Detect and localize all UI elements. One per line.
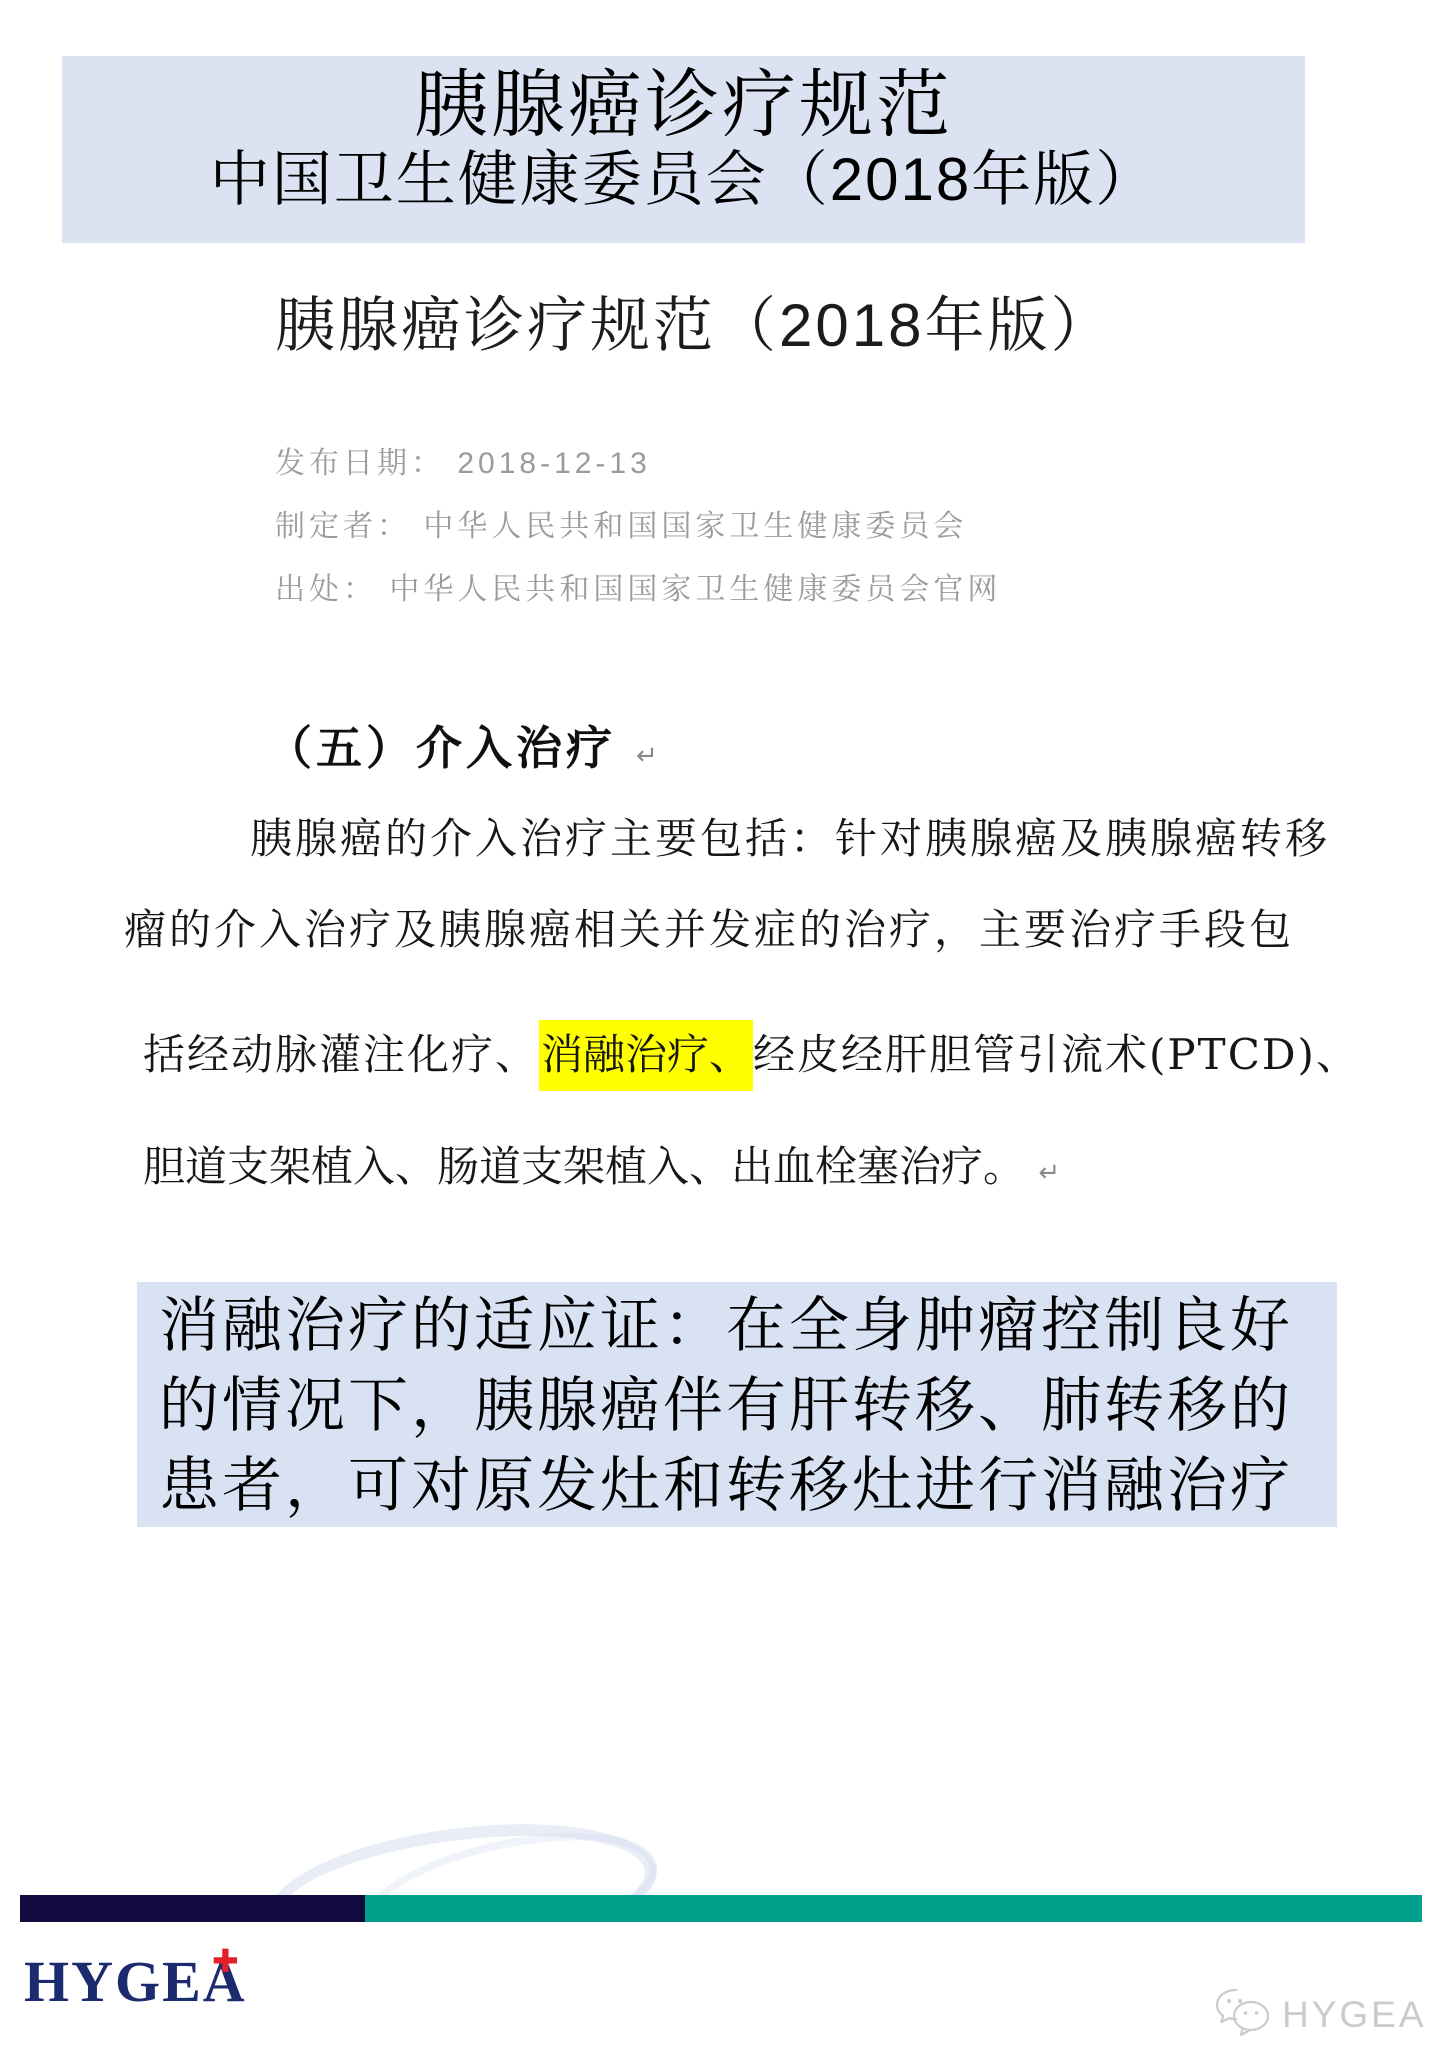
slide-title: 胰腺癌诊疗规范	[62, 56, 1305, 147]
footer-bar-teal	[365, 1895, 1422, 1922]
callout-box: 消融治疗的适应证：在全身肿瘤控制良好 的情况下，胰腺癌伴有肝转移、肺转移的 患者…	[137, 1282, 1337, 1527]
section-heading: （五）介入治疗 ↵	[266, 712, 658, 778]
body-text-line-1: 胰腺癌的介入治疗主要包括：针对胰腺癌及胰腺癌转移	[250, 806, 1330, 866]
callout-line-3: 患者，可对原发灶和转移灶进行消融治疗	[159, 1446, 1337, 1526]
footer-bar-navy	[20, 1895, 365, 1922]
paragraph-return-mark: ↵	[636, 741, 658, 771]
body-text-line-4: 胆道支架植入、肠道支架植入、出血栓塞治疗。 ↵	[143, 1134, 1060, 1194]
paragraph-return-mark: ↵	[1038, 1158, 1060, 1188]
body-line4-text: 胆道支架植入、肠道支架植入、出血栓塞治疗。	[143, 1142, 1025, 1191]
body-line3-pre: 括经动脉灌注化疗、	[143, 1030, 539, 1079]
callout-line-2: 的情况下，胰腺癌伴有肝转移、肺转移的	[159, 1366, 1337, 1446]
slide-subtitle: 中国卫生健康委员会（2018年版）	[62, 147, 1305, 213]
wechat-icon	[1214, 1988, 1272, 2041]
callout-line-1: 消融治疗的适应证：在全身肿瘤控制良好	[159, 1286, 1337, 1366]
document-meta-source: 出处： 中华人民共和国国家卫生健康委员会官网	[275, 564, 1001, 608]
document-meta-author: 制定者： 中华人民共和国国家卫生健康委员会	[275, 501, 967, 545]
body-text-line-3: 括经动脉灌注化疗、消融治疗、经皮经肝胆管引流术(PTCD)、	[143, 1022, 1360, 1082]
highlighted-phrase: 消融治疗、	[539, 1020, 753, 1091]
body-text-line-2: 瘤的介入治疗及胰腺癌相关并发症的治疗，主要治疗手段包	[124, 897, 1294, 957]
document-meta-publish-date: 发布日期： 2018-12-13	[275, 438, 651, 482]
watermark: HYGEA	[1214, 1988, 1427, 2041]
red-cross-icon: ✚	[212, 1942, 239, 1980]
slide: 胰腺癌诊疗规范 中国卫生健康委员会（2018年版） 胰腺癌诊疗规范（2018年版…	[0, 0, 1433, 2070]
watermark-hygea-text: HYGEA	[1282, 1994, 1427, 2036]
section-heading-text: （五）介入治疗	[266, 721, 616, 775]
document-title: 胰腺癌诊疗规范（2018年版）	[275, 278, 1113, 364]
title-banner: 胰腺癌诊疗规范 中国卫生健康委员会（2018年版）	[62, 56, 1305, 243]
body-line3-post: 经皮经肝胆管引流术(PTCD)、	[753, 1030, 1360, 1079]
